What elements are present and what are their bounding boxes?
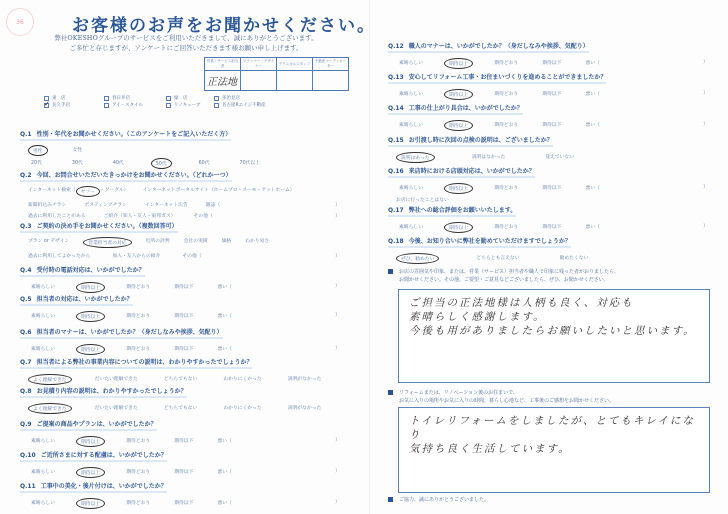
store-option[interactable]: 緑 店 [166,95,214,101]
store-option[interactable]: アイ・スタイル [104,102,166,108]
option[interactable]: 悪い（ [214,498,234,509]
option[interactable]: 期待どおり [491,183,521,194]
bullet-square-icon [388,390,393,395]
option-circled[interactable]: 男性 [28,145,48,156]
staff-header-realestate: 不動産コーディネーター [313,58,349,71]
question-3: Q.3ご契約の決め手をお聞かせください。（複数回答可） プラン or デザイン … [20,213,360,259]
checkbox-icon[interactable] [166,96,171,101]
question-11: Q.11工事中の美化・後片付けは、いかがでしたか？ 素晴らしい 期待以上 期待ど… [20,473,360,509]
question-5: Q.5担当者の対応は、いかがでしたか？ 素晴らしい 期待以上 期待どおり 期待以… [20,286,360,322]
store-option[interactable]: 春日井店 [104,95,166,101]
left-page: 36 お客様のお声をお聞かせください。 弊社OKESHOグループのサービスをご利… [0,0,370,514]
option[interactable]: 素晴らしい [28,498,58,509]
bullet-square-icon [388,269,393,274]
option[interactable]: 期待以下 [171,498,196,509]
option[interactable]: インターネットポータルサイト（ホームプロ・スーモ・アットホーム） [142,186,294,197]
option-circled[interactable]: ぜひ、勧めたい [396,253,439,264]
store-option[interactable]: リノキューブ [166,102,214,108]
option[interactable]: 素晴らしい [396,183,426,194]
question-14: Q.14工事の仕上がり具合は、いかがでしたか？ 素晴らしい 期待以上 期待どおり… [388,95,728,131]
question-2: Q.2今回、お問合せいただいたきっかけをお聞かせください。（どれか一つ） インタ… [20,162,360,219]
store-checklist: 東 店 春日井店 緑 店 多治見店 長久手店 アイ・スタイル リノキューブ 名古… [44,95,314,108]
intro-line-2: ご多忙と存じますが、アンケートにご回答いただきます様お願い申し上げます。 [36,43,336,53]
checkbox-icon[interactable] [104,103,109,108]
option[interactable]: 勧めたくない [557,253,592,264]
option[interactable]: わかり易さ [245,237,269,248]
question-8: Q.8お見積り内容の説明は、わかりやすかったでしょうか？ よく理解できた だいた… [20,378,360,414]
option-circled[interactable]: 期待以上 [76,498,105,509]
store-option[interactable]: 東 店 [44,95,104,101]
option[interactable]: 会社の実績 [184,237,208,248]
staff-header-sales: 営業・サービス担当者 [205,58,241,71]
option-circled[interactable]: 期待以上 [444,183,473,194]
checkbox-icon[interactable] [214,103,219,108]
checkbox-icon[interactable] [166,103,171,108]
store-option[interactable]: 名古屋Rエイジ不動産 [214,102,314,108]
option-circled[interactable]: ヤフー [76,186,100,197]
staff-header-technical: テクニカルスタッフ [277,58,313,71]
comment-box-1[interactable]: ご担当の正法地様は人柄も良く、対応も 素晴らしく感謝します。 今後も用がありまし… [398,289,710,383]
option[interactable]: 新聞折込みチラシ [28,201,66,208]
staff-table: 営業・サービス担当者 プランナー・デザイナー テクニカルスタッフ 不動産コーディ… [204,57,349,91]
store-option-checked[interactable]: 長久手店 [44,102,104,108]
closing-message: ご協力、誠にありがとうございました。 [388,496,489,503]
intro-line-1: 弊社OKESHOグループのサービスをご利用いただきまして、誠にありがとうございま… [36,33,336,43]
staff-value-technical[interactable] [277,71,313,91]
option-circled[interactable]: 営業担当者の対応 [83,237,131,248]
option[interactable]: プラン or デザイン [28,237,69,248]
staff-value-realestate[interactable] [313,71,349,91]
question-18: Q.18今後、お知り合いに弊社を勧めていただけますでしょうか？ ぜひ、勧めたい … [388,228,728,264]
option[interactable]: 期待どおり [123,498,153,509]
intro-text: 弊社OKESHOグループのサービスをご利用いただきまして、誠にありがとうございま… [36,33,336,53]
comment-prompt-1: お店の雰囲気や印象、または、営業（サービス）担当者や職人で印象に残った者がおりま… [388,268,619,284]
bullet-square-icon [388,497,393,502]
staff-value-planner[interactable] [241,71,277,91]
option[interactable]: 雑誌（ [206,201,220,208]
option[interactable]: 価格 [222,237,232,248]
survey-sheet: 36 お客様のお声をお聞かせください。 弊社OKESHOグループのサービスをご利… [0,0,728,514]
comment-box-2[interactable]: トイレリフォームをしましたが、とてもキレイになり 気持ち良く生活しています。 [398,407,710,493]
checkbox-icon[interactable] [214,96,219,101]
option[interactable]: ポスティングチラシ [84,201,127,208]
option[interactable]: 近所の評判 [146,237,170,248]
checkbox-checked-icon[interactable] [44,103,49,108]
option[interactable]: 悪い（ [582,183,602,194]
option[interactable]: インターネット広告 [145,201,188,208]
option[interactable]: どちらとも言えない [473,253,522,264]
comment-prompt-2: リフォームまたは、リノベーション後のお住まいで、 お気に入りの場所やお気に入りの… [388,389,614,405]
option[interactable]: 女性 [70,145,86,156]
page-number-stamp: 36 [6,8,34,36]
right-page: Q.12職人のマナーは、いかがでしたか？（身だしなみや挨拶、気配り） 素晴らしい… [370,0,728,514]
checkbox-icon[interactable] [104,96,109,101]
option[interactable]: 期待以下 [539,183,564,194]
store-option[interactable]: 多治見店 [214,95,314,101]
staff-value-sales[interactable]: 正法地 [205,71,241,91]
staff-header-planner: プランナー・デザイナー [241,58,277,71]
